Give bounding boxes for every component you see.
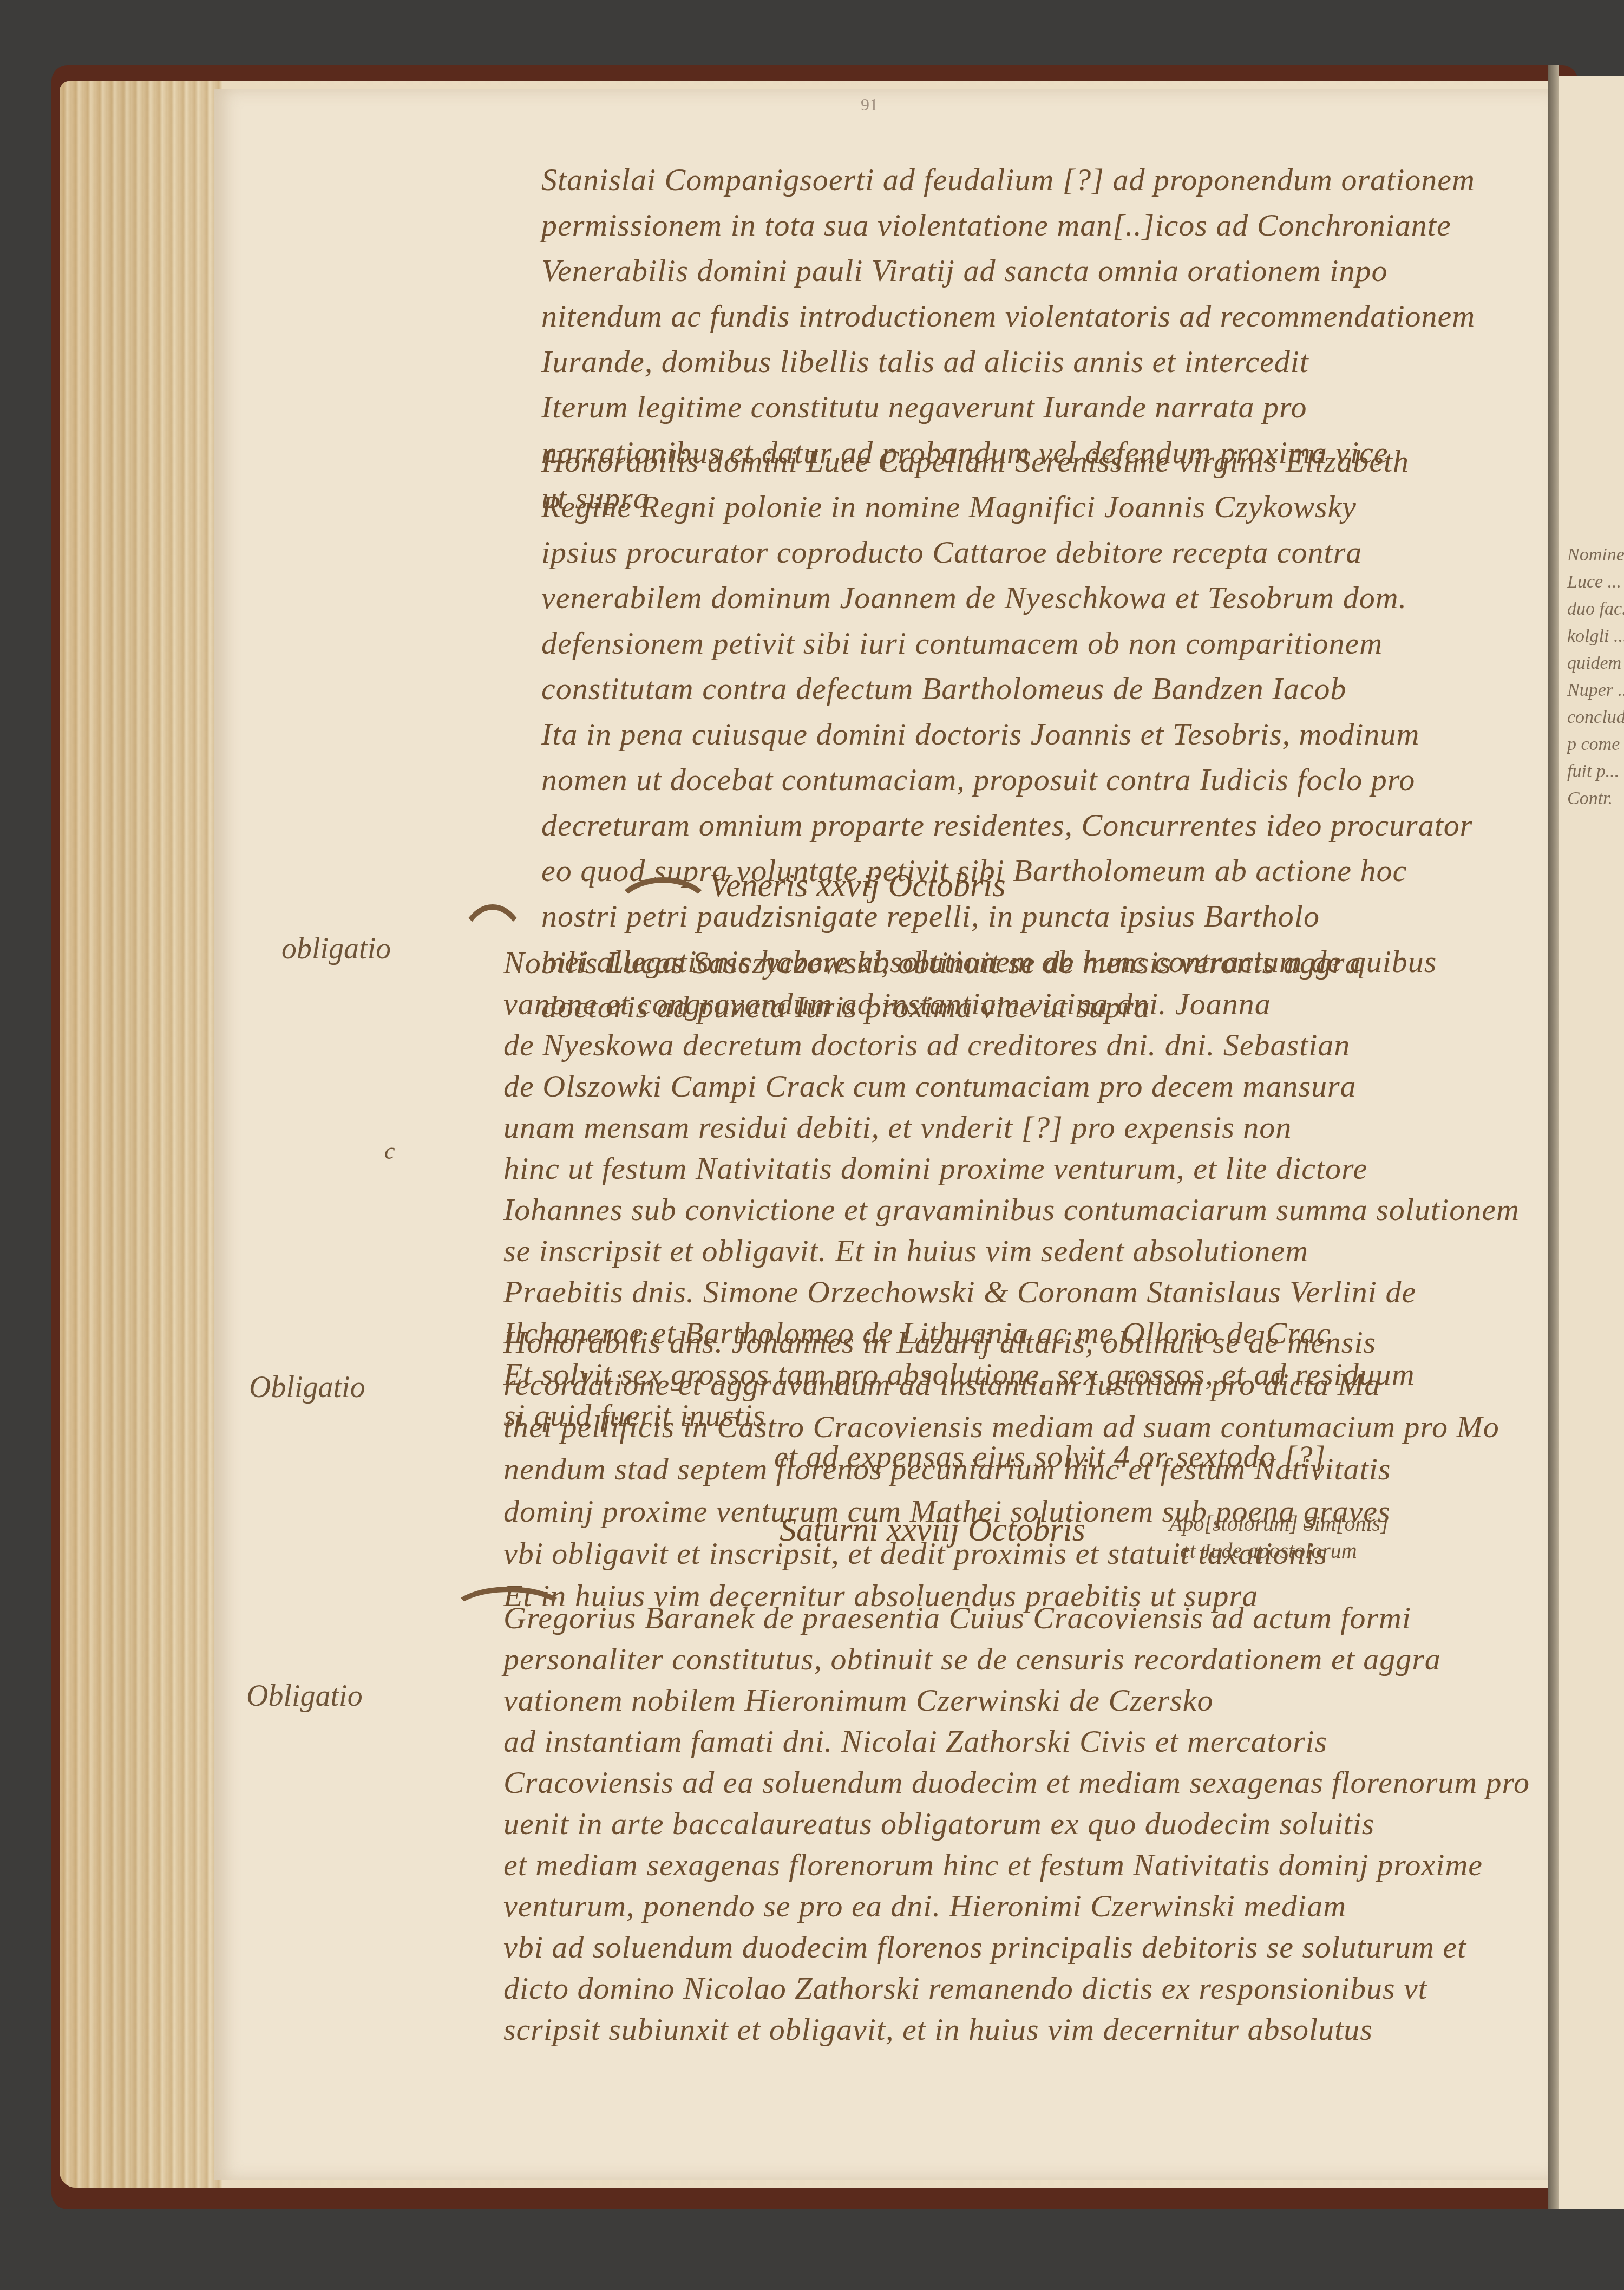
text-line: permissionem in tota sua violentatione m… — [541, 203, 1516, 248]
text-line: nendum stad septem florenos pecuniarium … — [503, 1448, 1532, 1490]
gutter-shadow — [1548, 65, 1559, 2209]
margin-mark-c: c — [384, 1137, 395, 1165]
text-line: personaliter constitutus, obtinuit se de… — [503, 1639, 1532, 1680]
text-line: dicto domino Nicolao Zathorski remanendo… — [503, 1968, 1532, 2009]
text-line: nitendum ac fundis introductionem violen… — [541, 293, 1516, 339]
text-line: venturum, ponendo se pro ea dni. Hieroni… — [503, 1886, 1532, 1927]
note-line: p come ... — [1567, 731, 1624, 758]
text-line: Cracoviensis ad ea soluendum duodecim et… — [503, 1762, 1532, 1803]
note-line: Contr. — [1567, 785, 1624, 812]
margin-label-obligatio-1: obligatio — [281, 931, 391, 966]
note-line: Nomine ... — [1567, 541, 1624, 569]
text-line: Stanislai Companigsoerti ad feudalium [?… — [541, 157, 1516, 203]
folio-number: 91 — [861, 95, 878, 115]
text-line: de Nyeskowa decretum doctoris ad credito… — [503, 1025, 1532, 1066]
note-line: concludit ... — [1567, 704, 1624, 731]
note-line: kolgli ... — [1567, 623, 1624, 650]
text-line: Iterum legitime constitutu negaverunt Iu… — [541, 384, 1516, 430]
text-line: Iohannes sub convictione et gravaminibus… — [503, 1189, 1532, 1230]
text-line: Regine Regni polonie in nomine Magnifici… — [541, 484, 1516, 530]
text-line: Nobilis Lucas Sasczyczowski, obtinuit se… — [503, 942, 1532, 983]
margin-label-obligatio-3: Obligatio — [246, 1679, 363, 1713]
text-line: constitutam contra defectum Bartholomeus… — [541, 666, 1516, 712]
note-line: duo fac... — [1567, 596, 1624, 623]
feast-note-line-1: Apo[stolorum] Sim[onis] — [1169, 1511, 1389, 1536]
text-line: scripsit subiunxit et obligavit, et in h… — [503, 2009, 1532, 2050]
entry-obligatio-2: Honorabilis dns. Johannes in Lazarij alt… — [503, 1321, 1532, 1617]
text-line: Iurande, domibus libellis talis ad alici… — [541, 339, 1516, 384]
text-line: Gregorius Baranek de praesentia Cuius Cr… — [503, 1597, 1532, 1639]
fore-edge-pages — [60, 81, 222, 2188]
heading-flourish — [612, 877, 715, 953]
text-line: ad instantiam famati dni. Nicolai Zathor… — [503, 1721, 1532, 1762]
entry-obligatio-3: Gregorius Baranek de praesentia Cuius Cr… — [503, 1597, 1532, 2050]
note-line: Nuper ... — [1567, 677, 1624, 704]
note-line: fuit p... — [1567, 758, 1624, 785]
text-line: uenit in arte baccalaureatus obligatorum… — [503, 1803, 1532, 1844]
feast-note-line-2: et Jude apostolorum — [1180, 1538, 1357, 1563]
text-line: ipsius procurator coproducto Cattaroe de… — [541, 530, 1516, 575]
text-line: et mediam sexagenas florenorum hinc et f… — [503, 1844, 1532, 1886]
note-line: quidem ... — [1567, 650, 1624, 677]
text-line: recordatione et aggravandum ad instantia… — [503, 1363, 1532, 1406]
text-line: de Olszowki Campi Crack cum contumaciam … — [503, 1066, 1532, 1107]
margin-label-obligatio-2: Obligatio — [249, 1370, 365, 1405]
text-line: Honorabilis domini Luce Capellani Sereni… — [541, 439, 1516, 484]
text-line: se inscripsit et obligavit. Et in huius … — [503, 1230, 1532, 1271]
text-line: thei pellificis in Castro Cracoviensis m… — [503, 1406, 1532, 1448]
text-line: venerabilem dominum Joannem de Nyeschkow… — [541, 575, 1516, 621]
text-line: vationem nobilem Hieronimum Czerwinski d… — [503, 1680, 1532, 1721]
adjacent-page-note: Nomine ... Luce ... duo fac... kolgli ..… — [1567, 541, 1624, 812]
text-line: vbi ad soluendum duodecim florenos princ… — [503, 1927, 1532, 1968]
text-line: Venerabilis domini pauli Viratij ad sanc… — [541, 248, 1516, 293]
adjacent-page — [1559, 76, 1624, 2209]
note-line: Luce ... — [1567, 569, 1624, 596]
text-line: hinc ut festum Nativitatis domini proxim… — [503, 1148, 1532, 1189]
text-line: Honorabilis dns. Johannes in Lazarij alt… — [503, 1321, 1532, 1363]
text-line: unam mensam residui debiti, et vnderit [… — [503, 1107, 1532, 1148]
text-line: defensionem petivit sibi iuri contumacem… — [541, 621, 1516, 666]
date-heading-veneris: Veneris xxvij Octobris — [709, 866, 1006, 905]
text-line: Praebitis dnis. Simone Orzechowski & Cor… — [503, 1271, 1532, 1313]
text-line: nomen ut docebat contumaciam, proposuit … — [541, 757, 1516, 803]
text-line: decreturam omnium proparte residentes, C… — [541, 803, 1516, 848]
date-heading-saturni: Saturni xxviij Octobris — [780, 1511, 1085, 1549]
text-line: Ita in pena cuiusque domini doctoris Joa… — [541, 712, 1516, 757]
text-line: vanone et congravandum ad instantiam vic… — [503, 983, 1532, 1025]
